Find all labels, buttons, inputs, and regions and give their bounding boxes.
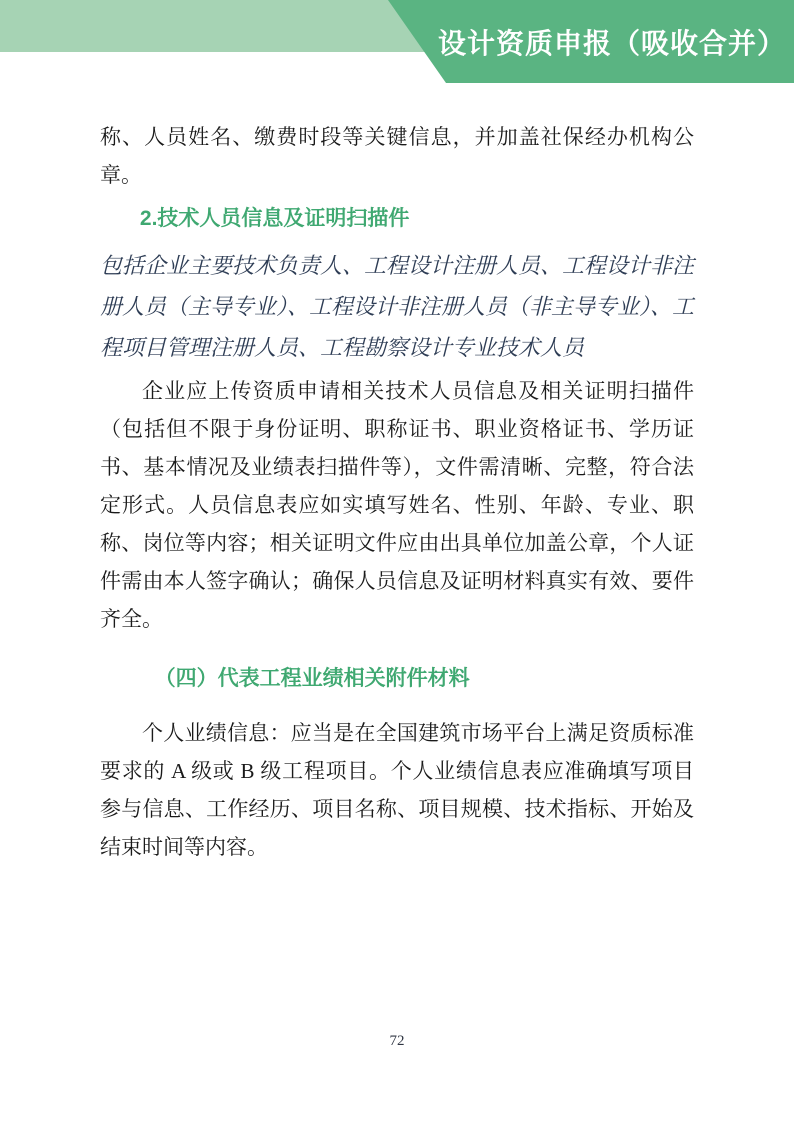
subheading-technical-personnel: 2.技术人员信息及证明扫描件: [100, 207, 694, 231]
page-number: 72: [0, 1033, 794, 1050]
banner-title: 设计资质申报（吸收合并）: [438, 22, 786, 62]
header-banner-ribbon: 设计资质申报（吸收合并）: [388, 0, 794, 83]
paragraph-personal-performance: 个人业绩信息：应当是在全国建筑市场平台上满足资质标准要求的 A 级或 B 级工程…: [100, 714, 694, 866]
paragraph-continuation: 称、人员姓名、缴费时段等关键信息，并加盖社保经办机构公章。: [100, 118, 694, 194]
paragraph-upload-requirements: 企业应上传资质申请相关技术人员信息及相关证明扫描件（包括但不限于身份证明、职称证…: [100, 372, 694, 638]
document-body: 称、人员姓名、缴费时段等关键信息，并加盖社保经办机构公章。 2.技术人员信息及证…: [100, 118, 694, 866]
section-heading-representative-projects: （四）代表工程业绩相关附件材料: [100, 666, 694, 692]
italic-personnel-scope-note: 包括企业主要技术负责人、工程设计注册人员、工程设计非注册人员（主导专业）、工程设…: [100, 245, 694, 368]
document-page: 设计资质申报（吸收合并） 称、人员姓名、缴费时段等关键信息，并加盖社保经办机构公…: [0, 0, 794, 1123]
